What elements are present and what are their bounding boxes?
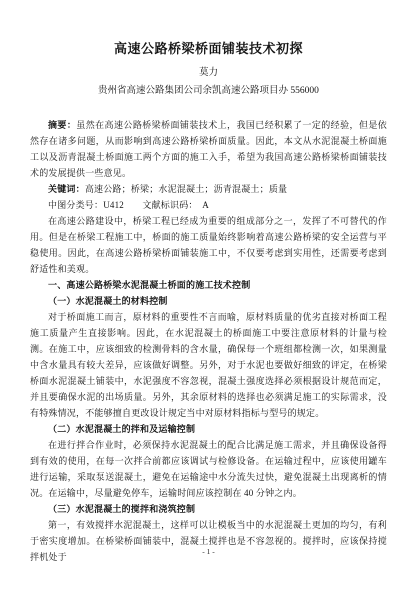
section-heading-1: 一、高速公路桥梁水泥混凝土桥面的施工技术控制 [30, 277, 387, 293]
abstract-text: 虽然在高速公路桥梁桥面铺装技术上，我国已经积累了一定的经验，但是依然存在诸多问题… [30, 120, 387, 178]
page-number: - 1 - [0, 547, 417, 557]
subsection-heading-1-3: （三）水泥混凝土的搅拌和浇筑控制 [30, 501, 387, 517]
subsection-paragraph-1-3: 第一，有效搅拌水泥混凝土，这样可以让模板当中的水泥混凝土更加的均匀，有利于密实度… [30, 517, 387, 565]
subsection-paragraph-1-1: 对于桥面施工而言，原材料的重要性不言而喻，原材料质量的优劣直接对桥面工程施工质量… [30, 309, 387, 421]
keywords-paragraph: 关键词：高速公路；桥梁；水泥混凝土；沥青混凝土；质量 [30, 181, 387, 197]
intro-paragraph: 在高速公路建设中，桥梁工程已经成为重要的组成部分之一，发挥了不可替代的作用。但是… [30, 213, 387, 277]
keywords-text: 高速公路；桥梁；水泥混凝土；沥青混凝土；质量 [85, 184, 287, 194]
keywords-label: 关键词： [48, 184, 85, 194]
paper-title: 高速公路桥梁桥面铺装技术初探 [30, 40, 387, 57]
document-page: 高速公路桥梁桥面铺装技术初探 莫力 贵州省高速公路集团公司余凯高速公路项目办 5… [0, 0, 417, 590]
author-name: 莫力 [30, 66, 387, 80]
subsection-heading-1-2: （二）水泥混凝土的拌和及运输控制 [30, 421, 387, 437]
classification-line: 中图分类号：U412 文献标识码： A [30, 197, 387, 213]
subsection-heading-1-1: （一）水泥混凝土的材料控制 [30, 293, 387, 309]
subsection-paragraph-1-2: 在进行拌合作业时，必须保持水泥混凝土的配合比满足施工需求，并且确保设备得到有效的… [30, 437, 387, 501]
affiliation: 贵州省高速公路集团公司余凯高速公路项目办 556000 [30, 84, 387, 98]
abstract-paragraph: 摘要：虽然在高速公路桥梁桥面铺装技术上，我国已经积累了一定的经验，但是依然存在诸… [30, 117, 387, 181]
abstract-label: 摘要： [48, 120, 76, 130]
